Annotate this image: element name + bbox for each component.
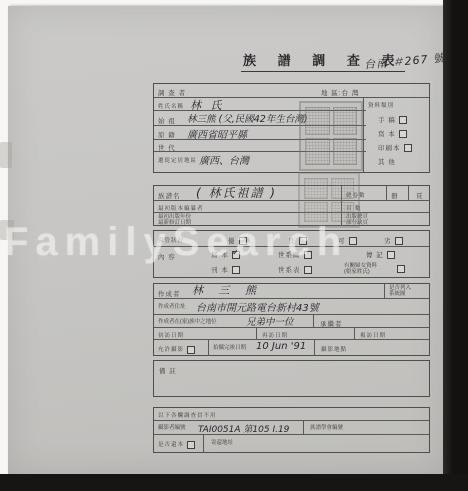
seal-glyph-block xyxy=(331,202,355,223)
seal-stamp-icon xyxy=(299,101,363,171)
return-checkbox xyxy=(187,441,195,449)
biography-checkbox xyxy=(387,251,395,259)
form-page: 族 譜 調 查 表 台南 ＃267 號 調 查 者 地 區:台 灣 姓氏名稱 林… xyxy=(8,6,443,474)
editor-row: 最初版本編纂者 頁 數 xyxy=(154,201,429,213)
women-info-sublabel: (娘家姓氏) xyxy=(344,269,370,276)
section-maker: 作成者 林 三 熊 是否列入 系統圖 作成者住址 台南市開元路電台新村43號 作… xyxy=(153,283,430,356)
condition-label: 保管狀況 xyxy=(158,236,184,244)
check-mark: ✓ xyxy=(232,247,241,258)
grade-poor-checkbox xyxy=(395,237,403,245)
seal-glyph-block xyxy=(305,107,330,135)
section-condition: 保管狀況 優 良 可 劣 內 容 寫 本✓ 世系圖 傳 記 刊 本 世系表 有關… xyxy=(153,230,430,278)
content-item: 寫 本✓ xyxy=(211,250,240,259)
maker-label: 作成者 xyxy=(158,289,181,298)
grade-label: 良 xyxy=(288,238,296,245)
volume-unit-label: 冊 xyxy=(391,191,399,200)
publication-row: 最初出版年份 最新修訂日期 出版總頁 部分缺頁 xyxy=(154,213,429,226)
printed-copy-checkbox xyxy=(404,144,412,152)
section-remarks: 備 註 xyxy=(153,360,430,397)
seal-glyph-block xyxy=(331,178,355,199)
permit-checkbox xyxy=(187,346,195,354)
film-number-label: 攝影者編號 xyxy=(158,425,186,432)
position-label: 作成者在(家)族中之地位 xyxy=(158,319,217,326)
seal-glyph-block xyxy=(304,178,328,199)
book-name-value: ( 林氏祖譜 ) xyxy=(196,184,277,201)
content-label: 刊 本 xyxy=(211,267,229,274)
scan-artifact xyxy=(0,142,12,168)
section-book-info: 族譜名 ( 林氏祖譜 ) 總卷數 冊 頁 最初版本編纂者 頁 數 最初出版年份 … xyxy=(153,185,430,226)
material-item-label: 印刷本 xyxy=(378,145,401,152)
written-copy-checkbox xyxy=(399,130,407,138)
remarks-label: 備 註 xyxy=(159,366,177,375)
divider xyxy=(408,186,409,200)
divider xyxy=(208,340,209,356)
society-number-label: 族譜學會編號 xyxy=(310,425,343,432)
material-type-column: 資料類別 手 稿 寫 本 印刷本 其 他 xyxy=(363,98,429,172)
address-row: 作成者住址 台南市開元路電台新村43號 xyxy=(154,299,429,315)
scan-black-edge xyxy=(443,0,468,491)
material-item: 手 稿 xyxy=(378,115,407,124)
editor-label: 最初版本編纂者 xyxy=(158,204,204,212)
address-value: 台南市開元路電台新村43號 xyxy=(196,299,319,314)
revised-label: 最新修訂日期 xyxy=(158,220,191,227)
surveyor-row: 調 查 者 地 區:台 灣 xyxy=(154,84,429,98)
grade-label: 優 xyxy=(228,238,236,245)
content-label: 世系圖 xyxy=(278,252,301,259)
divider xyxy=(354,328,355,339)
pedigree-table-checkbox xyxy=(304,266,312,274)
divider xyxy=(203,435,204,452)
material-item-label: 手 稿 xyxy=(378,117,396,124)
content-item: 刊 本 xyxy=(211,265,240,274)
book-name-row: 族譜名 ( 林氏祖譜 ) 總卷數 冊 頁 xyxy=(154,186,429,201)
film-number-value: TAI0051A 第105 I.19 xyxy=(198,422,289,435)
divider xyxy=(313,315,314,327)
revisit-label: 複訪日期 xyxy=(360,331,386,339)
content-item: 世系圖 xyxy=(278,250,312,259)
seal-glyph-block xyxy=(304,202,328,223)
seal-glyph-block xyxy=(333,138,358,166)
include-sublabel: 系統圖 xyxy=(389,291,406,298)
divider xyxy=(314,340,315,356)
grade-excellent-checkbox xyxy=(239,237,247,245)
return-address-label: 寄還地址 xyxy=(211,440,233,447)
divider xyxy=(384,284,385,298)
divider xyxy=(386,186,387,200)
material-type-header: 資料類別 xyxy=(368,101,394,109)
manuscript-checkbox-checked: ✓ xyxy=(232,251,240,259)
surname-label: 姓氏名稱 xyxy=(158,102,184,110)
surveyor-label: 調 查 者 xyxy=(158,88,186,97)
founder-value: 林三熊 (父,民國42年生台灣) xyxy=(187,111,308,125)
seal-stamp-icon xyxy=(298,172,360,228)
founder-label: 始 祖 xyxy=(158,116,176,125)
film-location-label: 攝影地點 xyxy=(321,345,347,353)
page-unit-label: 頁 xyxy=(416,191,424,200)
return-item: 是否還本 xyxy=(158,440,195,449)
section-office-use: 以下各欄調查員不用 攝影者編號 TAI0051A 第105 I.19 族譜學會編… xyxy=(153,407,430,453)
contents-rows: 內 容 寫 本✓ 世系圖 傳 記 刊 本 世系表 有關婦女資料 (娘家姓氏) xyxy=(154,247,429,278)
pedigree-chart-checkbox xyxy=(304,251,312,259)
migration-value: 廣西、台灣 xyxy=(199,152,249,167)
office-note-row: 以下各欄調查員不用 xyxy=(154,408,429,421)
maker-row: 作成者 林 三 熊 是否列入 系統圖 xyxy=(154,284,429,299)
migration-label: 遷徙定居地區 xyxy=(158,156,197,164)
material-item: 寫 本 xyxy=(378,129,407,138)
finish-date-value: 10 Jun '91 xyxy=(256,341,306,352)
second-visit-label: 再訪日期 xyxy=(262,331,288,339)
content-item: 世系表 xyxy=(278,265,312,274)
successor-label: 承繼者 xyxy=(320,319,343,328)
book-name-label: 族譜名 xyxy=(158,191,181,200)
grade-fair-checkbox xyxy=(349,237,357,245)
maker-value: 林 三 熊 xyxy=(192,282,262,298)
women-info-checkbox xyxy=(397,265,405,273)
content-label: 寫 本 xyxy=(211,252,229,259)
seal-glyph-block xyxy=(333,107,358,135)
address-label: 作成者住址 xyxy=(158,304,186,311)
grade-item: 優 xyxy=(228,236,247,245)
return-row: 是否還本 寄還地址 xyxy=(154,435,429,452)
region-label: 地 區:台 灣 xyxy=(321,88,359,97)
grade-label: 可 xyxy=(338,238,346,245)
content-label: 傳 記 xyxy=(366,252,384,259)
origin-label: 原 籍 xyxy=(158,130,176,139)
grade-item: 良 xyxy=(288,236,307,245)
permit-label: 允許攝影 xyxy=(158,347,184,353)
grade-item: 可 xyxy=(338,236,357,245)
material-item-other: 其 他 xyxy=(378,157,396,166)
section-basic-info: 調 查 者 地 區:台 灣 姓氏名稱 林 氏 始 祖 林三熊 (父,民國42年生… xyxy=(153,83,430,173)
position-value: 兄弟中一位 xyxy=(246,314,294,328)
scanned-document-view: 族 譜 調 查 表 台南 ＃267 號 調 查 者 地 區:台 灣 姓氏名稱 林… xyxy=(0,0,468,491)
material-item-label: 寫 本 xyxy=(378,131,396,138)
printed-edition-checkbox xyxy=(232,266,240,274)
origin-value: 廣西省昭平縣 xyxy=(187,126,247,141)
grade-label: 劣 xyxy=(384,238,392,245)
condition-row: 保管狀況 優 良 可 劣 xyxy=(154,231,429,247)
generation-label: 世 代 xyxy=(158,143,176,152)
divider xyxy=(303,421,304,434)
scan-artifact xyxy=(0,220,14,240)
first-visit-label: 初訪日期 xyxy=(158,331,184,339)
film-number-row: 攝影者編號 TAI0051A 第105 I.19 族譜學會編號 xyxy=(154,421,429,435)
finish-date-label: 拍攝完竣日期 xyxy=(213,345,246,352)
content-item: 傳 記 xyxy=(366,250,395,259)
divider xyxy=(256,328,257,339)
grade-item: 劣 xyxy=(384,236,403,245)
grade-good-checkbox xyxy=(299,237,307,245)
contents-label: 內 容 xyxy=(158,252,176,261)
visit-dates-row: 初訪日期 再訪日期 複訪日期 xyxy=(154,328,429,340)
scan-black-edge xyxy=(0,474,468,491)
office-note-label: 以下各欄調查員不用 xyxy=(158,411,217,419)
filming-row: 允許攝影 拍攝完竣日期 10 Jun '91 攝影地點 xyxy=(154,340,429,356)
manuscript-checkbox xyxy=(399,116,407,124)
return-label: 是否還本 xyxy=(158,442,184,448)
position-row: 作成者在(家)族中之地位 兄弟中一位 承繼者 xyxy=(154,315,429,328)
material-item: 印刷本 xyxy=(378,143,412,152)
permit-item: 允許攝影 xyxy=(158,345,195,354)
seal-glyph-block xyxy=(305,138,330,166)
content-label: 世系表 xyxy=(278,267,301,274)
